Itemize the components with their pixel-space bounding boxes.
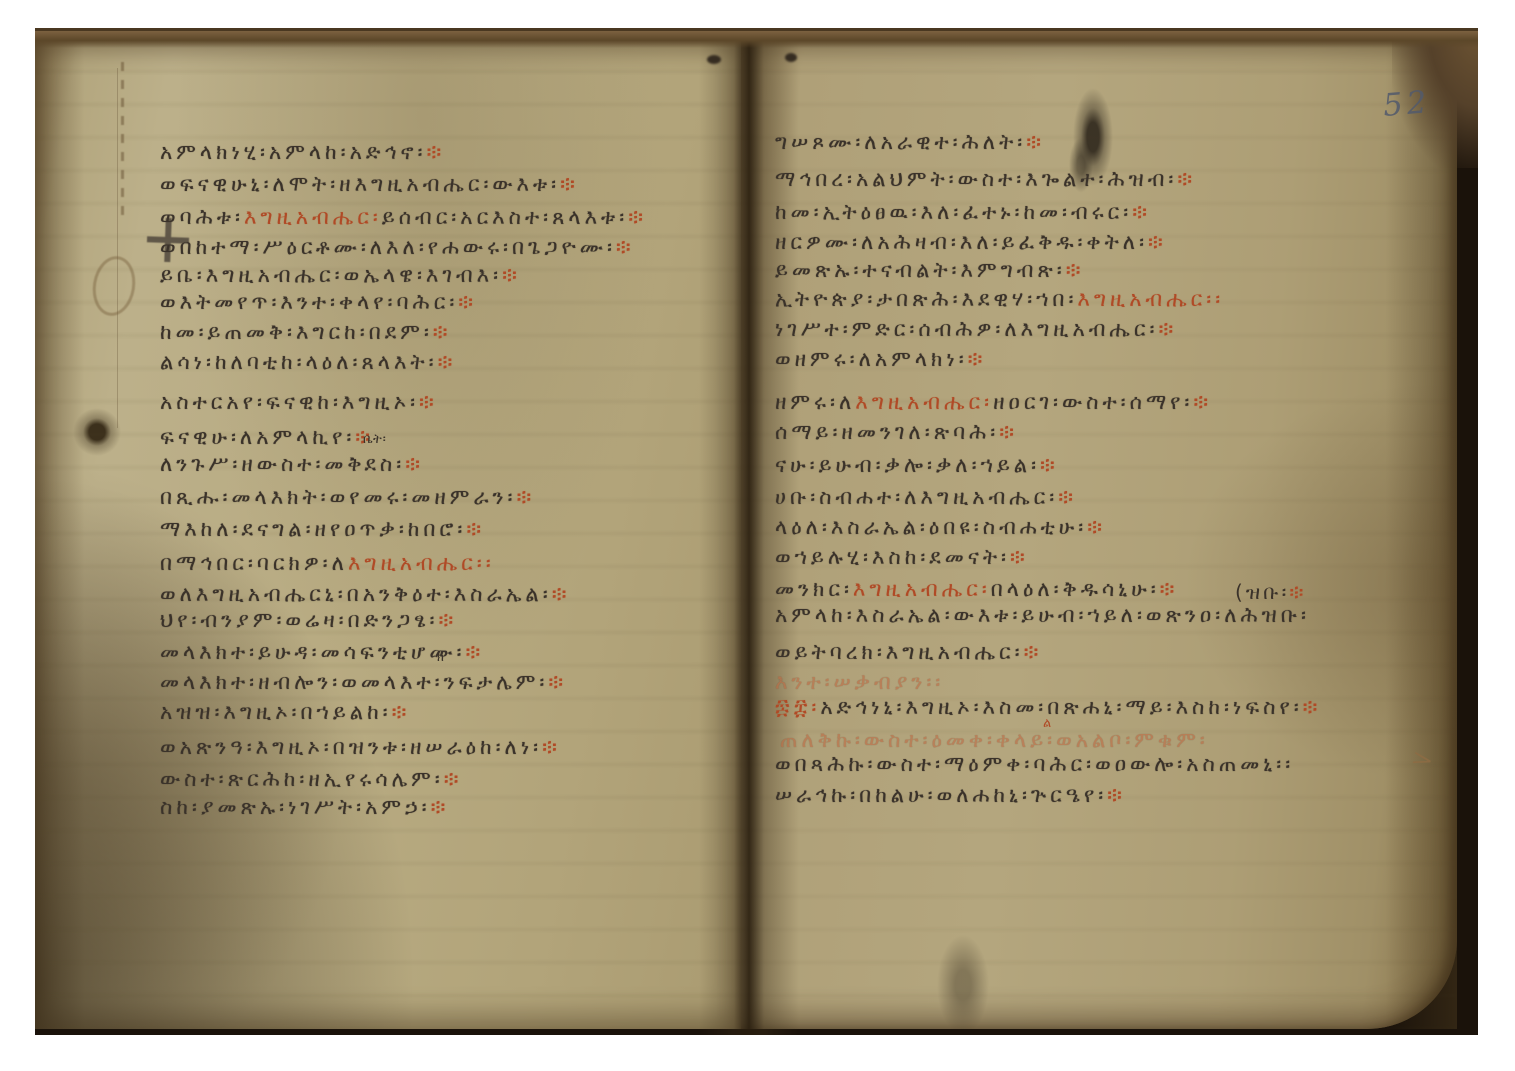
line-text: መላእክተ፡ይሁዳ፡መሳፍንቲሆሙ፡ <box>160 640 465 664</box>
verse-mark: ፨ <box>502 263 521 287</box>
text-line: አምላክነሂ፡አምላከ፡አድኅኖ፡፨ <box>160 140 445 165</box>
line-text: ወበጻሕኩ፡ውስተ፡ማዕምቀ፡ባሕር፡ወዐውሎ፡አስጠመኒ፡፡ <box>775 752 1294 776</box>
verse-mark: ፨ <box>1303 695 1322 719</box>
text-line: ከመ፡ይጠመቅ፡እግርከ፡በደም፡፨ <box>160 320 452 345</box>
verse-mark: ፨ <box>419 390 438 414</box>
text-line: በማኅበር፡ባርክዎ፡ለእግዚአብሔር፡፡ <box>160 551 495 576</box>
verse-mark: ፨ <box>616 235 635 259</box>
line-text: ወእትመየጥ፡እንተ፡ቀላየ፡ባሕር፡ <box>160 290 458 314</box>
text-line: ወባሕቱ፡እግዚአብሔር፡ይሰብር፡አርእስተ፡ጸላእቱ፡፨ <box>160 205 647 230</box>
line-text: ነገሥተ፡ምድር፡ሰብሕዎ፡ለእግዚአብሔር፡ <box>775 317 1158 341</box>
line-text: ወባሕቱ፡ <box>160 205 244 229</box>
text-line: ወኀይሉሂ፡እስከ፡ደመናት፡፨ <box>775 545 1029 570</box>
line-text: ወበከተማ፡ሥዕርቶሙ፡ለእለ፡የሐውሩ፡በጌጋዮሙ፡ <box>160 235 616 259</box>
line-text: አስተርአየ፡ፍናዊከ፡እግዚኦ፡ <box>160 390 419 414</box>
verse-mark: ፨ <box>517 485 536 509</box>
line-text: ከመ፡ኢትዕፀዉ፡እለ፡ፈተኑ፡ከመ፡ብሩር፡ <box>775 200 1132 224</box>
text-line: ነገሥተ፡ምድር፡ሰብሕዎ፡ለእግዚአብሔር፡፨ <box>775 317 1177 342</box>
text-line: ሠራኅኩ፡በከልሁ፡ወለሐከኒ፡ጕርዔየ፡፨ <box>775 783 1126 808</box>
psalm-number-rubric: ፷፰፡ <box>775 695 820 719</box>
text-line: ወበጻሕኩ፡ውስተ፡ማዕምቀ፡ባሕር፡ወዐውሎ፡አስጠመኒ፡፡ <box>775 752 1294 777</box>
line-text: ማእከለ፡ደናግል፡ዘየዐጥቃ፡ከበሮ፡ <box>160 517 466 541</box>
line-text: ዘምሩ፡ለ <box>775 390 855 414</box>
line-text-rubric: እግዚአብሔር፡፡ <box>348 551 495 575</box>
verse-mark: ፨ <box>438 350 457 374</box>
text-line: ዘምሩ፡ለእግዚአብሔር፡ዘዐርገ፡ውስተ፡ሰማየ፡፨ <box>775 390 1212 415</box>
line-text: አምላክነሂ፡አምላከ፡አድኅኖ፡ <box>160 140 426 164</box>
verse-mark: ፨ <box>552 582 571 606</box>
text-line: ይቤ፡እግዚአብሔር፡ወኤላዌ፡እገብእ፡፨ <box>160 263 521 288</box>
text-line: ማኅበረ፡አልህምት፡ውስተ፡እጐልተ፡ሕዝብ፡፨ <box>775 167 1196 192</box>
verse-mark: ፨ <box>466 517 485 541</box>
line-text-rubric: እግዚአብሔር፡ <box>855 390 993 414</box>
text-line: መንክር፡እግዚአብሔር፡በላዕለ፡ቅዱሳኒሁ፡፨ <box>775 577 1178 602</box>
line-text: በላዕለ፡ቅዱሳኒሁ፡ <box>991 577 1160 601</box>
text-line: ማእከለ፡ደናግል፡ዘየዐጥቃ፡ከበሮ፡፨ <box>160 517 485 542</box>
verse-mark: ፨ <box>1107 783 1126 807</box>
interlinear-gloss: ቤት፡ <box>363 432 387 447</box>
page-top-edge <box>35 28 1478 48</box>
verse-mark: ፨ <box>1132 200 1151 224</box>
text-line: ውስተ፡ጽርሕከ፡ዘኢየሩሳሌም፡፨ <box>160 767 463 792</box>
line-text: ዘዐርገ፡ውስተ፡ሰማየ፡ <box>993 390 1193 414</box>
line-text-rubric: እግዚአብሔር፡ <box>244 205 382 229</box>
verse-mark: ፨ <box>1040 453 1059 477</box>
verse-mark: ፨ <box>1010 545 1029 569</box>
line-text: ይሰብር፡አርእስተ፡ጸላእቱ፡ <box>382 205 628 229</box>
verse-mark: ፨ <box>1066 258 1085 282</box>
text-line: ወዘምሩ፡ለአምላክነ፡፨ <box>775 347 986 372</box>
line-text: ላዕለ፡እስራኤል፡ዕበዩ፡ስብሐቲሁ፡ <box>775 515 1087 539</box>
verse-mark: ፨ <box>1087 515 1106 539</box>
folio-number: 52 <box>1382 84 1432 124</box>
text-line: ወአጽንዓ፡እግዚኦ፡በዝንቱ፡ዘሠራዕከ፡ለነ፡፨ <box>160 735 561 760</box>
line-text: ስከ፡ያመጽኡ፡ነገሥት፡አምኃ፡ <box>160 795 431 819</box>
text-line: መላእክተ፡ዘብሎን፡ወመላእተ፡ንፍታሌም፡፨ <box>160 670 567 695</box>
line-text: ሠራኅኩ፡በከልሁ፡ወለሐከኒ፡ጕርዔየ፡ <box>775 783 1107 807</box>
text-line: አዝዝ፡እግዚኦ፡በኀይልከ፡፨ <box>160 700 410 725</box>
line-text: ወይትባረክ፡እግዚአብሔር፡ <box>775 640 1024 664</box>
verse-mark: ፨ <box>968 347 987 371</box>
line-text: ግሠጾሙ፡ለአራዊተ፡ሕለት፡ <box>775 130 1026 154</box>
line-text: በጺሑ፡መላእክት፡ወየመሩ፡መዘምራን፡ <box>160 485 517 509</box>
text-line: ኢትዮጵያ፡ታበጽሕ፡እደዊሃ፡ኀበ፡እግዚአብሔር፡፡ <box>775 287 1224 312</box>
text-line: ወይትባረክ፡እግዚአብሔር፡፨ <box>775 640 1042 665</box>
text-line: አምላከ፡እስራኤል፡ውእቱ፡ይሁብ፡ኀይለ፡ወጽንዐ፡ለሕዝቡ፡ <box>775 603 1310 628</box>
ink-smudge <box>785 53 797 62</box>
text-line: ወበከተማ፡ሥዕርቶሙ፡ለእለ፡የሐውሩ፡በጌጋዮሙ፡፨ <box>160 235 635 260</box>
verse-mark: ፨ <box>1058 485 1077 509</box>
verse-mark: ፨ <box>433 320 452 344</box>
line-text-rubric: እግዚአብሔር፡ <box>853 577 991 601</box>
text-line: ፍናዊሁ፡ለአምላኪየ፡፨ <box>160 425 374 450</box>
verse-mark: ፨ <box>548 670 567 694</box>
line-text-rubric: እግዚአብሔር፡፡ <box>1077 287 1224 311</box>
line-text: አዝዝ፡እግዚኦ፡በኀይልከ፡ <box>160 700 392 724</box>
text-line: ወእትመየጥ፡እንተ፡ቀላየ፡ባሕር፡፨ <box>160 290 477 315</box>
line-text: ፍናዊሁ፡ለአምላኪየ፡ <box>160 425 355 449</box>
text-line: ወለእግዚአብሔርኒ፡በአንቅዕተ፡እስራኤል፡፨ <box>160 582 570 607</box>
line-text: ህየ፡ብንያም፡ወሬዛ፡በድንጋፄ፡ <box>160 608 438 632</box>
line-text: ሰማይ፡ዘመንገለ፡ጽባሕ፡ <box>775 420 999 444</box>
verse-mark: ፨ <box>999 420 1018 444</box>
text-line: ዘርዎሙ፡ለአሕዛብ፡እለ፡ይፈቅዱ፡ቀትለ፡፨ <box>775 230 1167 255</box>
binding-thread <box>121 62 124 222</box>
manuscript-photo: 52 አምላክነሂ፡አምላከ፡አድኅኖ፡፨ ወፍናዊሁኒ፡ለሞት፡ዘእግዚአብሔ… <box>35 28 1478 1035</box>
ink-smudge <box>707 55 721 64</box>
text-line: ሰማይ፡ዘመንገለ፡ጽባሕ፡፨ <box>775 420 1018 445</box>
line-text: መንክር፡ <box>775 577 853 601</box>
text-line: ላዕለ፡እስራኤል፡ዕበዩ፡ስብሐቲሁ፡፨ <box>775 515 1106 540</box>
line-text: አምላከ፡እስራኤል፡ውእቱ፡ይሁብ፡ኀይለ፡ወጽንዐ፡ለሕዝቡ፡ <box>775 603 1310 627</box>
verse-mark: ፨ <box>1160 577 1179 601</box>
text-line: አስተርአየ፡ፍናዊከ፡እግዚኦ፡፨ <box>160 390 438 415</box>
text-line: ናሁ፡ይሁብ፡ቃሎ፡ቃለ፡ኀይል፡፨ <box>775 453 1059 478</box>
verse-mark: ፨ <box>628 205 647 229</box>
text-line: በጺሑ፡መላእክት፡ወየመሩ፡መዘምራን፡፨ <box>160 485 535 510</box>
verse-mark: ፨ <box>444 767 463 791</box>
text-line: ለንጉሥ፡ዘውስተ፡መቅደስ፡፨ <box>160 452 424 477</box>
line-text: ማኅበረ፡አልህምት፡ውስተ፡እጐልተ፡ሕዝብ፡ <box>775 167 1177 191</box>
rubric-gloss-line: ጠለቅኩ፡ውስተ፡ዕመቀ፡ቀላይ፡ወአልቦ፡ምቁም፡ <box>780 728 1209 753</box>
text-line: ይመጽኡ፡ተናብልት፡እምግብጽ፡፨ <box>775 258 1085 283</box>
line-text: ወለእግዚአብሔርኒ፡በአንቅዕተ፡እስራኤል፡ <box>160 582 552 606</box>
margin-ruling-line <box>117 68 118 428</box>
verse-mark: ፨ <box>542 735 561 759</box>
text-line: ሀቡ፡ስብሐተ፡ለእግዚአብሔር፡፨ <box>775 485 1077 510</box>
text-line: ወፍናዊሁኒ፡ለሞት፡ዘእግዚአብሔር፡ውእቱ፡፨ <box>160 172 579 197</box>
interlinear-gloss: ክ <box>437 650 445 665</box>
verse-mark: ፨ <box>426 140 445 164</box>
text-line: መላእክተ፡ይሁዳ፡መሳፍንቲሆሙ፡፨ <box>160 640 484 665</box>
marginal-note-text: (ዝቡ፡ <box>1235 580 1289 604</box>
verse-mark: ፨ <box>1024 640 1043 664</box>
verse-mark: ፨ <box>431 795 450 819</box>
line-text: ዘርዎሙ፡ለአሕዛብ፡እለ፡ይፈቅዱ፡ቀትለ፡ <box>775 230 1148 254</box>
text-line: ስከ፡ያመጽኡ፡ነገሥት፡አምኃ፡፨ <box>160 795 449 820</box>
line-text: ወኀይሉሂ፡እስከ፡ደመናት፡ <box>775 545 1010 569</box>
line-text: እንተ፡ሠቃብያን፡፡ <box>775 670 944 694</box>
line-text: መላእክተ፡ዘብሎን፡ወመላእተ፡ንፍታሌም፡ <box>160 670 548 694</box>
verse-mark: ፨ <box>438 608 457 632</box>
verse-mark: ፨ <box>392 700 411 724</box>
text-line: ህየ፡ብንያም፡ወሬዛ፡በድንጋፄ፡፨ <box>160 608 457 633</box>
line-text: ኢትዮጵያ፡ታበጽሕ፡እደዊሃ፡ኀበ፡ <box>775 287 1077 311</box>
line-text: ይመጽኡ፡ተናብልት፡እምግብጽ፡ <box>775 258 1066 282</box>
line-text: ሀቡ፡ስብሐተ፡ለእግዚአብሔር፡ <box>775 485 1058 509</box>
verse-mark: ፨ <box>405 452 424 476</box>
line-text: ወፍናዊሁኒ፡ለሞት፡ዘእግዚአብሔር፡ውእቱ፡ <box>160 172 560 196</box>
verse-mark: ፨ <box>1148 230 1167 254</box>
rubric-title-line: እንተ፡ሠቃብያን፡፡ <box>775 670 944 695</box>
verse-mark: ፨ <box>1177 167 1196 191</box>
text-line: ከመ፡ኢትዕፀዉ፡እለ፡ፈተኑ፡ከመ፡ብሩር፡፨ <box>775 200 1151 225</box>
verse-mark: ፨ <box>465 640 484 664</box>
line-text: ልሳነ፡ከለባቲከ፡ላዕለ፡ጸላእት፡ <box>160 350 438 374</box>
line-text: ይቤ፡እግዚአብሔር፡ወኤላዌ፡እገብእ፡ <box>160 263 502 287</box>
verse-mark: ፨ <box>1026 130 1045 154</box>
line-text: ናሁ፡ይሁብ፡ቃሎ፡ቃለ፡ኀይል፡ <box>775 453 1040 477</box>
text-line: ልሳነ፡ከለባቲከ፡ላዕለ፡ጸላእት፡፨ <box>160 350 456 375</box>
line-text: ለንጉሥ፡ዘውስተ፡መቅደስ፡ <box>160 452 405 476</box>
line-text: ጠለቅኩ፡ውስተ፡ዕመቀ፡ቀላይ፡ወአልቦ፡ምቁም፡ <box>780 728 1209 752</box>
verse-mark: ፨ <box>1289 580 1306 604</box>
line-text: አድኅነኒ፡እግዚኦ፡እስመ፡በጽሐኒ፡ማይ፡እስከ፡ነፍስየ፡ <box>820 695 1302 719</box>
line-text: በማኅበር፡ባርክዎ፡ለ <box>160 551 348 575</box>
line-text: ወአጽንዓ፡እግዚኦ፡በዝንቱ፡ዘሠራዕከ፡ለነ፡ <box>160 735 542 759</box>
verse-mark: ፨ <box>1158 317 1177 341</box>
marginal-note: (ዝቡ፡፨ <box>1235 580 1306 604</box>
verse-mark: ፨ <box>560 172 579 196</box>
verse-mark: ፨ <box>1193 390 1212 414</box>
verse-mark: ፨ <box>458 290 477 314</box>
text-line: ግሠጾሙ፡ለአራዊተ፡ሕለት፡፨ <box>775 130 1045 155</box>
interlinear-gloss: ል <box>1043 716 1052 731</box>
line-text: ከመ፡ይጠመቅ፡እግርከ፡በደም፡ <box>160 320 433 344</box>
line-text: ወዘምሩ፡ለአምላክነ፡ <box>775 347 968 371</box>
line-text: ውስተ፡ጽርሕከ፡ዘኢየሩሳሌም፡ <box>160 767 444 791</box>
